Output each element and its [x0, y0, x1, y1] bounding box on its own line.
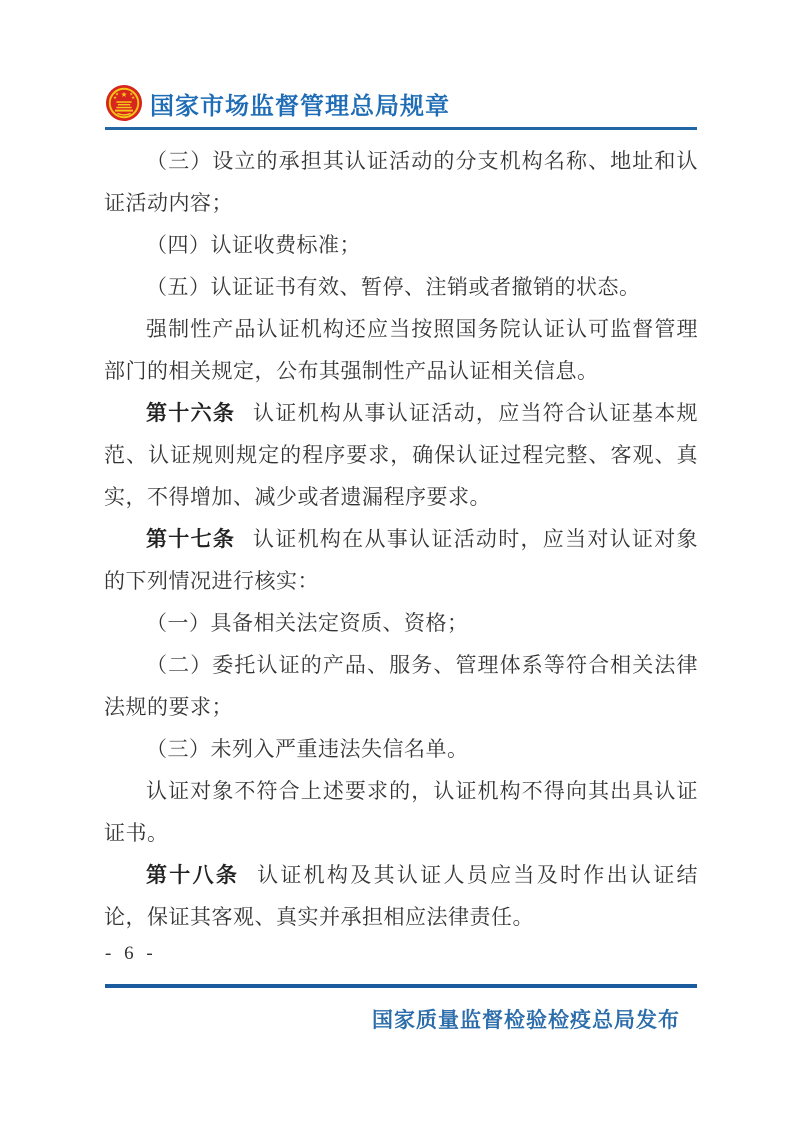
document-body: （三）设立的承担其认证活动的分支机构名称、地址和认证活动内容； （四）认证收费标…: [104, 140, 698, 938]
body-paragraph: 认证对象不符合上述要求的，认证机构不得向其出具认证证书。: [104, 770, 698, 854]
publisher-line: 国家质量监督检验检疫总局发布: [105, 1004, 680, 1034]
body-paragraph: （二）委托认证的产品、服务、管理体系等符合相关法律法规的要求；: [104, 644, 698, 728]
body-paragraph: （四）认证收费标准；: [104, 224, 698, 266]
national-emblem-icon: ★ ★ ★ ★ ★: [105, 84, 143, 122]
page-number: - 6 -: [105, 943, 157, 965]
body-paragraph: 第十七条认证机构在从事认证活动时，应当对认证对象的下列情况进行核实：: [104, 518, 698, 602]
paragraph-text: 认证对象不符合上述要求的，认证机构不得向其出具认证证书。: [104, 779, 698, 845]
article-number: 第十七条: [146, 527, 235, 551]
paragraph-text: （二）委托认证的产品、服务、管理体系等符合相关法律法规的要求；: [104, 653, 698, 719]
body-paragraph: 第十六条认证机构从事认证活动，应当符合认证基本规范、认证规则规定的程序要求，确保…: [104, 392, 698, 518]
paragraph-text: （一）具备相关法定资质、资格；: [146, 611, 469, 635]
header-title: 国家市场监督管理总局规章: [150, 86, 450, 121]
body-paragraph: 第十八条认证机构及其认证人员应当及时作出认证结论，保证其客观、真实并承担相应法律…: [104, 854, 698, 938]
svg-text:★: ★: [121, 90, 128, 99]
paragraph-text: （三）设立的承担其认证活动的分支机构名称、地址和认证活动内容；: [104, 149, 698, 215]
paragraph-text: （四）认证收费标准；: [146, 233, 361, 257]
body-paragraph: （一）具备相关法定资质、资格；: [104, 602, 698, 644]
body-paragraph: （三）未列入严重违法失信名单。: [104, 728, 698, 770]
document-page: ★ ★ ★ ★ ★ 国家市场监督管理总局规章 （三）设立的承担其认证活动的分支机…: [0, 0, 793, 1122]
document-header: ★ ★ ★ ★ ★ 国家市场监督管理总局规章: [105, 82, 697, 124]
paragraph-text: 强制性产品认证机构还应当按照国务院认证认可监督管理部门的相关规定，公布其强制性产…: [104, 317, 698, 383]
body-paragraph: 强制性产品认证机构还应当按照国务院认证认可监督管理部门的相关规定，公布其强制性产…: [104, 308, 698, 392]
svg-text:★: ★: [113, 95, 117, 100]
paragraph-text: （三）未列入严重违法失信名单。: [146, 737, 469, 761]
svg-text:★: ★: [131, 95, 135, 100]
body-paragraph: （五）认证证书有效、暂停、注销或者撤销的状态。: [104, 266, 698, 308]
footer-divider: [105, 984, 697, 988]
article-number: 第十八条: [146, 863, 239, 887]
article-number: 第十六条: [146, 401, 235, 425]
header-divider: [105, 127, 697, 130]
paragraph-text: （五）认证证书有效、暂停、注销或者撤销的状态。: [146, 275, 641, 299]
body-paragraph: （三）设立的承担其认证活动的分支机构名称、地址和认证活动内容；: [104, 140, 698, 224]
